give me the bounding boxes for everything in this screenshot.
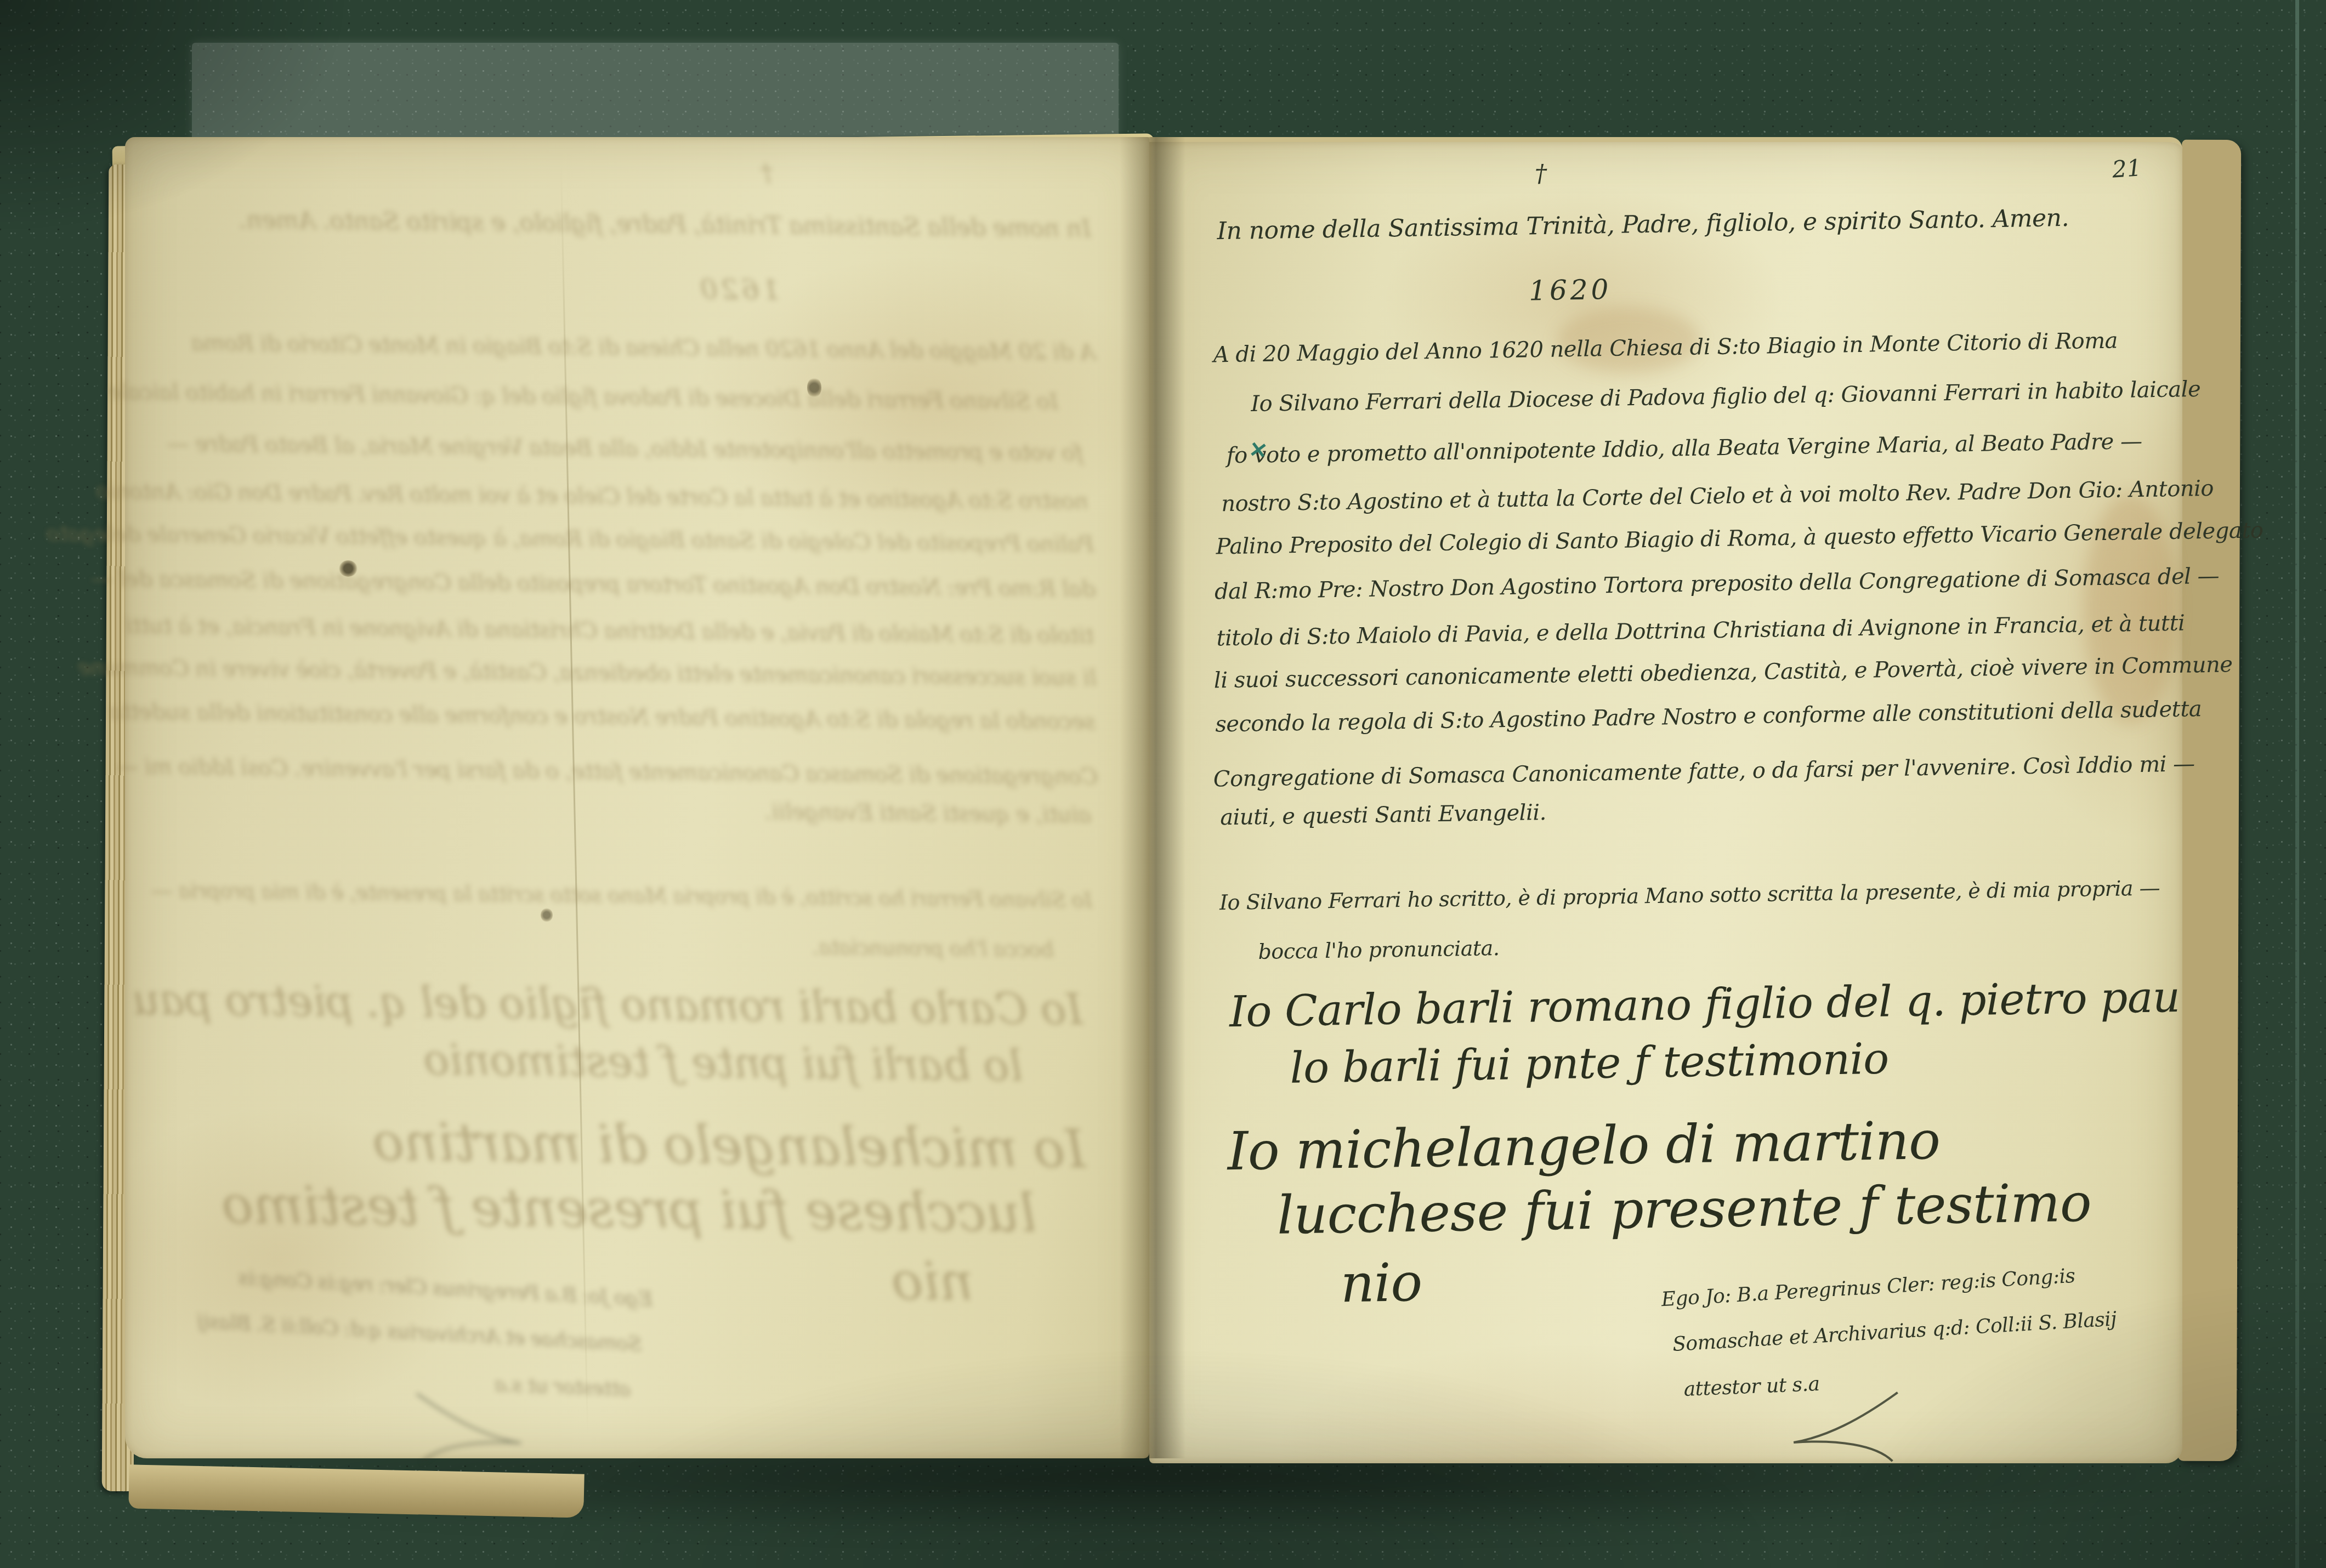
witness-signature: Io Carlo barli romano figlio del q. piet…: [132, 975, 1083, 1035]
collation-check-mark: ✕: [1247, 436, 1269, 464]
year-1620: 1620: [1529, 274, 1612, 306]
gray-felt-band: [192, 43, 1119, 143]
left-page-bleedthrough: † In nome della Santissima Trinità, Padr…: [126, 138, 1146, 1454]
witness-signature: nio: [892, 1250, 974, 1313]
folio-number: 21: [2111, 154, 2142, 183]
witness-signature: lo barli fui pnte ƒ testimonio: [424, 1036, 1023, 1091]
witness-signature: lo barli fui pnte ƒ testimonio: [1290, 1035, 1889, 1093]
vow-line: A di 20 Maggio del Anno 1620 nella Chies…: [191, 331, 1096, 365]
year-1620: 1620: [696, 273, 780, 306]
vow-line: dal R:mo Pre: Nostro Don Agostino Tortor…: [1215, 564, 2220, 605]
attestation-line: bocca l'ho pronunciata.: [1258, 936, 1500, 964]
vow-line: fo voto e prometto all'onnipotente Iddio…: [167, 431, 1083, 466]
vow-line: li suoi successori canonicamente eletti …: [1214, 652, 2233, 693]
attestation-line: Io Silvano Ferrari ho scritto, è di prop…: [1219, 876, 2160, 914]
notary-flourish: [389, 1388, 554, 1465]
witness-signature: Io michelangelo di martino: [372, 1111, 1086, 1180]
vow-line: li suoi successori canonicamente eletti …: [78, 655, 1097, 691]
vow-line: nostro S:to Agostino et à tutta la Corte…: [1221, 476, 2214, 516]
vow-line: A di 20 Maggio del Anno 1620 nella Chies…: [1213, 328, 2118, 368]
witness-signature: lucchese fui presente ƒ testimo: [1277, 1172, 2092, 1246]
vow-line: fo voto e prometto all'onnipotente Iddio…: [1226, 429, 2142, 468]
witness-signature: Io Carlo barli romano figlio del q. piet…: [1229, 973, 2180, 1037]
vow-line: dal R:mo Pre: Nostro Don Agostino Tortor…: [91, 566, 1096, 602]
vow-line: Io Silvano Ferrari della Diocese di Pado…: [109, 379, 1058, 414]
witness-signature: lucchese fui presente ƒ testimo: [222, 1174, 1036, 1244]
vow-line: Palino Preposito del Colegio di Santo Bi…: [47, 521, 1094, 557]
notary-line: Somaschae et Archivarius q:d: Coll:ii S.…: [1672, 1308, 2117, 1356]
notary-flourish: [1761, 1387, 1926, 1465]
attestation-line: bocca l'ho pronunciata.: [813, 935, 1054, 962]
invocation-line: In nome della Santissima Trinità, Padre,…: [1217, 204, 2069, 245]
glass-edge-reflection: [2295, 0, 2299, 1568]
notary-line: Ego Jo: B.a Peregrinus Cler: reg:is Cong…: [1661, 1265, 2076, 1311]
vow-line: secondo la regola di S:to Agostino Padre…: [1215, 696, 2202, 737]
vow-line: Palino Preposito del Colegio di Santo Bi…: [1216, 518, 2263, 559]
vow-line: Congregatione di Somasca Canonicamente f…: [116, 754, 1098, 789]
notary-line: Somaschae et Archivarius q:d: Coll:ii S.…: [197, 1310, 642, 1356]
notary-line: Ego Jo: B.a Peregrinus Cler: reg:is Cong…: [238, 1266, 653, 1310]
vow-line: nostro S:to Agostino et à tutta la Corte…: [96, 479, 1088, 514]
right-page-text: † In nome della Santissima Trinità, Padr…: [1162, 135, 2192, 1457]
vow-line: aiuti, e questi Santi Evangelii.: [1220, 800, 1546, 830]
vow-line: secondo la regola di S:to Agostino Padre…: [109, 699, 1096, 735]
witness-signature: nio: [1340, 1252, 1423, 1314]
attestation-line: Io Silvano Ferrari ho scritto, è di prop…: [152, 878, 1093, 912]
vow-line: titolo di S:to Maiolo di Pavia, e della …: [126, 613, 1094, 649]
header-cross: †: [1535, 160, 1547, 188]
vow-line: Congregatione di Somasca Canonicamente f…: [1213, 751, 2195, 792]
invocation-line: In nome della Santissima Trinità, Padre,…: [239, 206, 1091, 243]
vow-line: Io Silvano Ferrari della Diocese di Pado…: [1251, 377, 2201, 417]
vow-line: aiuti, e questi Santi Evangelii.: [765, 799, 1091, 828]
manuscript-photo: † In nome della Santissima Trinità, Padr…: [0, 0, 2326, 1568]
vow-line: titolo di S:to Maiolo di Pavia, e della …: [1216, 611, 2185, 651]
header-cross: †: [761, 159, 773, 187]
witness-signature: Io michelangelo di martino: [1227, 1110, 1941, 1182]
